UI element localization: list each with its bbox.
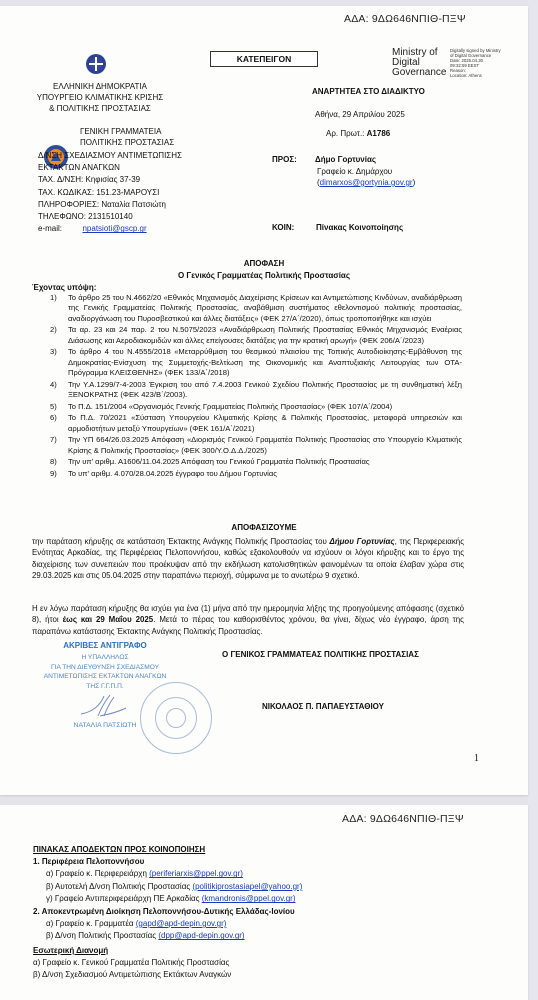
- digital-signature-details: Digitally signed by Ministry of Digital …: [450, 48, 501, 78]
- directorate-line-1: Δ/ΝΣΗ ΣΧΕΔΙΑΣΜΟΥ ΑΝΤΙΜΕΤΩΠΙΣΗΣ: [38, 150, 182, 162]
- republic-label: ΕΛΛΗΝΙΚΗ ΔΗΜΟΚΡΑΤΙΑ: [20, 81, 180, 92]
- recipient-label: α) Γραφείο κ. Γραμματέα: [46, 919, 136, 928]
- decision-title: ΑΠΟΦΑΣΗ: [0, 258, 528, 269]
- municipality-emphasis: Δήμου Γορτυνίας: [330, 537, 395, 546]
- item-text: Τα αρ. 23 και 24 παρ. 2 του Ν.5075/2023 …: [68, 325, 462, 346]
- item-number: 4): [50, 380, 68, 401]
- internal-item: β) Δ/νση Σχεδιασμού Αντιμετώπισης Εκτάκτ…: [33, 969, 231, 981]
- recipient-email-link[interactable]: (gapd@apd-depin.gov.gr): [136, 919, 227, 928]
- item-number: 7): [50, 435, 68, 456]
- item-number: 9): [50, 469, 68, 479]
- postal-code: ΤΑΧ. ΚΩΔΙΚΑΣ: 151.23-ΜΑΡΟΥΣΙ: [38, 187, 182, 199]
- item-number: 8): [50, 457, 68, 467]
- issuer-header: ΕΛΛΗΝΙΚΗ ΔΗΜΟΚΡΑΤΙΑ ΥΠΟΥΡΓΕΙΟ ΚΛΙΜΑΤΙΚΗΣ…: [20, 81, 180, 114]
- signatory-title: Ο ΓΕΝΙΚΟΣ ΓΡΑΜΜΑΤΕΑΣ ΠΟΛΙΤΙΚΗΣ ΠΡΟΣΤΑΣΙΑ…: [222, 649, 419, 660]
- internal-distribution-title: Εσωτερική Διανομή: [33, 945, 108, 956]
- recipient-row: α) Γραφείο κ. Περιφερειάρχη (periferiarx…: [33, 868, 493, 880]
- signatory-name: ΝΙΚΟΛΑΟΣ Π. ΠΑΠΑΕΥΣΤΑΘΙΟΥ: [262, 701, 384, 712]
- document-page-1: ΑΔΑ: 9ΔΩ646ΝΠΙΘ-ΠΞΨ ΕΛΛΗΝΙΚΗ ΔΗΜΟΚΡΑΤΙΑ …: [0, 6, 528, 795]
- item-number: 1): [50, 293, 68, 324]
- recipient-email-row: (dimarxos@gortynia.gov.gr): [315, 177, 415, 189]
- recipient-label: γ) Γραφείο Αντιπεριφερειάρχη ΠΕ Αρκαδίας: [46, 894, 202, 903]
- document-date: Αθήνα, 29 Απριλίου 2025: [315, 109, 405, 120]
- decision-subtitle: Ο Γενικός Γραμματέας Πολιτικής Προστασία…: [0, 270, 528, 281]
- viewer-scroll-gutter: [528, 0, 538, 1000]
- certified-copy-title: ΑΚΡΙΒΕΣ ΑΝΤΙΓΡΑΦΟ: [25, 640, 185, 651]
- email-label: e-mail:: [38, 224, 62, 233]
- item-text: Το Π.Δ. 70/2021 «Σύσταση Υπουργείου Κλιμ…: [68, 413, 462, 434]
- directorate-line-2: ΕΚΤΑΚΤΩΝ ΑΝΑΓΚΩΝ: [38, 162, 182, 174]
- recipient-email-link[interactable]: (periferiarxis@ppel.gov.gr): [149, 869, 243, 878]
- item-number: 5): [50, 402, 68, 412]
- recipient-row: β) Αυτοτελή Δ/νση Πολιτικής Προστασίας (…: [33, 881, 493, 893]
- directorate-line: ΑΝΤΙΜΕΤΩΠΙΣΗΣ ΕΚΤΑΚΤΩΝ ΑΝΑΓΚΩΝ: [25, 672, 185, 682]
- cc-value: Πίνακας Κοινοποίησης: [316, 222, 403, 233]
- recipient-office: Γραφείο κ. Δημάρχου: [315, 166, 415, 178]
- recipient-email-link[interactable]: (dpp@apd-depin.gov.gr): [158, 931, 244, 940]
- protocol-row: Αρ. Πρωτ.: A1786: [326, 128, 390, 139]
- recipient-row: γ) Γραφείο Αντιπεριφερειάρχη ΠΕ Αρκαδίας…: [33, 893, 493, 905]
- recipient-label: α) Γραφείο κ. Περιφερειάρχη: [46, 869, 149, 878]
- ministry-line-2: & ΠΟΛΙΤΙΚΗΣ ΠΡΟΣΤΑΣΙΑΣ: [20, 103, 180, 114]
- consideration-item: 4)Την Υ.Α.1299/7-4-2003 Έγκριση του από …: [50, 380, 462, 401]
- recipient-row: β) Δ/νση Πολιτικής Προστασίας (dpp@apd-d…: [33, 930, 493, 942]
- recipient-email-link[interactable]: (politikiprostasiapel@yahoo.gr): [192, 882, 302, 891]
- issuer-email-link[interactable]: npatsioti@gscp.gr: [82, 224, 146, 233]
- address: ΤΑΧ. Δ/ΝΣΗ: Κηφισίας 37-39: [38, 174, 182, 186]
- item-number: 6): [50, 413, 68, 434]
- recipient-email-link[interactable]: (kmandronis@ppel.gov.gr): [202, 894, 296, 903]
- paren: ): [413, 178, 416, 187]
- consideration-item: 6)Το Π.Δ. 70/2021 «Σύσταση Υπουργείου Κλ…: [50, 413, 462, 434]
- directorate-line: ΓΙΑ ΤΗΝ ΔΙΕΥΘΥΝΣΗ ΣΧΕΔΙΑΣΜΟΥ: [25, 663, 185, 673]
- distribution-group: 1. Περιφέρεια Πελοποννήσουα) Γραφείο κ. …: [33, 856, 493, 906]
- text: την παράταση κήρυξης σε κατάσταση Έκτακτ…: [32, 537, 330, 546]
- ministry-line-1: ΥΠΟΥΡΓΕΙΟ ΚΛΙΜΑΤΙΚΗΣ ΚΡΙΣΗΣ: [20, 92, 180, 103]
- digital-signature-ministry: Ministry of Digital Governance: [392, 48, 446, 78]
- item-number: 2): [50, 325, 68, 346]
- recipient-email-link[interactable]: dimarxos@gortynia.gov.gr: [320, 178, 413, 187]
- decision-paragraph-2: Η εν λόγω παράταση κήρυξης θα ισχύει για…: [32, 603, 464, 637]
- item-text: Το άρθρο 4 του Ν.4555/2018 «Μεταρρύθμιση…: [68, 347, 462, 378]
- item-number: 3): [50, 347, 68, 378]
- secretariat-label: ΓΕΝΙΚΗ ΓΡΑΜΜΑΤΕΙΑ ΠΟΛΙΤΙΚΗΣ ΠΡΟΣΤΑΣΙΑΣ: [80, 126, 174, 148]
- consideration-item: 5)Το Π.Δ. 151/2004 «Οργανισμός Γενικής Γ…: [50, 402, 462, 412]
- consideration-item: 8)Την υπ' αριθμ. Α1606/11.04.2025 Απόφασ…: [50, 457, 462, 467]
- item-text: Την ΥΠ 664/26.03.2025 Απόφαση «Διορισμός…: [68, 435, 462, 456]
- we-decide-heading: ΑΠΟΦΑΣΙΖΟΥΜΕ: [0, 522, 528, 533]
- group-title: 2. Αποκεντρωμένη Διοίκηση Πελοποννήσου-Δ…: [33, 906, 493, 918]
- ada-code: ΑΔΑ: 9ΔΩ646ΝΠΙΘ-ΠΞΨ: [344, 13, 466, 25]
- employee-label: Η ΥΠΑΛΛΗΛΟΣ: [25, 653, 185, 663]
- recipient-name: Δήμο Γορτυνίας: [315, 154, 415, 166]
- consideration-item: 3)Το άρθρο 4 του Ν.4555/2018 «Μεταρρύθμι…: [50, 347, 462, 378]
- greek-republic-emblem-icon: [86, 54, 106, 74]
- ministry-line: Governance: [392, 68, 446, 78]
- to-label: ΠΡΟΣ:: [272, 154, 297, 165]
- item-text: Το Π.Δ. 151/2004 «Οργανισμός Γενικής Γρα…: [68, 402, 462, 412]
- item-text: Το υπ' αριθμ. 4.070/28.04.2025 έγγραφο τ…: [68, 469, 462, 479]
- decision-paragraph-1: την παράταση κήρυξης σε κατάσταση Έκτακτ…: [32, 536, 464, 582]
- issuer-contact-block: Δ/ΝΣΗ ΣΧΕΔΙΑΣΜΟΥ ΑΝΤΙΜΕΤΩΠΙΣΗΣ ΕΚΤΑΚΤΩΝ …: [38, 150, 182, 235]
- contact-person: ΠΛΗΡΟΦΟΡΙΕΣ: Ναταλία Πατσιώτη: [38, 199, 182, 211]
- considering-label: Έχοντας υπόψη:: [32, 282, 96, 293]
- cc-label: ΚΟΙΝ:: [272, 222, 294, 233]
- official-stamp-icon: [140, 682, 212, 754]
- certified-copy-block: ΑΚΡΙΒΕΣ ΑΝΤΙΓΡΑΦΟ Η ΥΠΑΛΛΗΛΟΣ ΓΙΑ ΤΗΝ ΔΙ…: [25, 640, 185, 691]
- protocol-number: A1786: [367, 129, 391, 138]
- internal-distribution-list: α) Γραφείο κ. Γενικού Γραμματέα Πολιτική…: [33, 957, 231, 982]
- consideration-item: 2)Τα αρ. 23 και 24 παρ. 2 του Ν.5075/202…: [50, 325, 462, 346]
- page-number: 1: [474, 753, 479, 764]
- consideration-item: 7)Την ΥΠ 664/26.03.2025 Απόφαση «Διορισμ…: [50, 435, 462, 456]
- recipient-label: β) Αυτοτελή Δ/νση Πολιτικής Προστασίας: [46, 882, 192, 891]
- secretariat-line-2: ΠΟΛΙΤΙΚΗΣ ΠΡΟΣΤΑΣΙΑΣ: [80, 137, 174, 148]
- publish-note: ΑΝΑΡΤΗΤΕΑ ΣΤΟ ΔΙΑΔΙΚΤΥΟ: [312, 86, 425, 97]
- group-title: 1. Περιφέρεια Πελοποννήσου: [33, 856, 493, 868]
- recipient-block: Δήμο Γορτυνίας Γραφείο κ. Δημάρχου (dima…: [315, 154, 415, 189]
- handwritten-signature-icon: [78, 692, 128, 720]
- recipient-row: α) Γραφείο κ. Γραμματέα (gapd@apd-depin.…: [33, 918, 493, 930]
- consideration-item: 9)Το υπ' αριθμ. 4.070/28.04.2025 έγγραφο…: [50, 469, 462, 479]
- signature-detail: Location: Athens: [450, 73, 501, 78]
- distribution-groups: 1. Περιφέρεια Πελοποννήσουα) Γραφείο κ. …: [33, 856, 493, 943]
- ada-code: ΑΔΑ: 9ΔΩ646ΝΠΙΘ-ΠΞΨ: [342, 813, 464, 825]
- email-row: e-mail: npatsioti@gscp.gr: [38, 223, 182, 235]
- consideration-item: 1)Το άρθρο 25 του Ν.4662/20 «Εθνικός Μηχ…: [50, 293, 462, 324]
- protocol-label: Αρ. Πρωτ.:: [326, 129, 364, 138]
- item-text: Την υπ' αριθμ. Α1606/11.04.2025 Απόφαση …: [68, 457, 462, 467]
- recipient-label: β) Δ/νση Πολιτικής Προστασίας: [46, 931, 158, 940]
- secretariat-line-1: ΓΕΝΙΚΗ ΓΡΑΜΜΑΤΕΙΑ: [80, 126, 174, 137]
- distribution-title: ΠΙΝΑΚΑΣ ΑΠΟΔΕΚΤΩΝ ΠΡΟΣ ΚΟΙΝΟΠΟΙΗΣΗ: [33, 844, 205, 855]
- item-text: Το άρθρο 25 του Ν.4662/20 «Εθνικός Μηχαν…: [68, 293, 462, 324]
- item-text: Την Υ.Α.1299/7-4-2003 Έγκριση του από 7.…: [68, 380, 462, 401]
- document-page-2: ΑΔΑ: 9ΔΩ646ΝΠΙΘ-ΠΞΨ ΠΙΝΑΚΑΣ ΑΠΟΔΕΚΤΩΝ ΠΡ…: [0, 805, 528, 1000]
- deadline-date: έως και 29 Μαΐου 2025: [63, 615, 154, 624]
- distribution-group: 2. Αποκεντρωμένη Διοίκηση Πελοποννήσου-Δ…: [33, 906, 493, 943]
- phone: ΤΗΛΕΦΩΝΟ: 2131510140: [38, 211, 182, 223]
- urgent-label: ΚΑΤΕΠΕΙΓΟΝ: [210, 51, 318, 67]
- internal-item: α) Γραφείο κ. Γενικού Γραμματέα Πολιτική…: [33, 957, 231, 969]
- considerations-list: 1)Το άρθρο 25 του Ν.4662/20 «Εθνικός Μηχ…: [50, 293, 462, 481]
